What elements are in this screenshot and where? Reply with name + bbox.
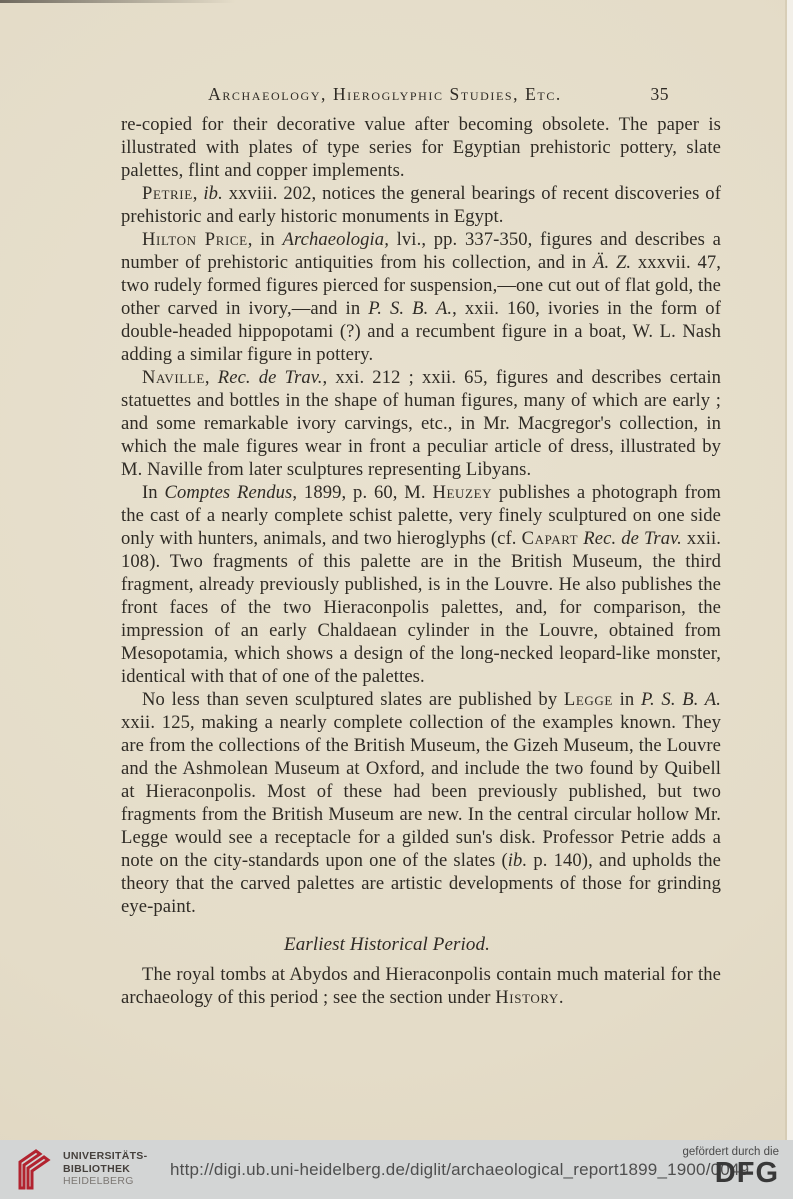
scan-edge-artifact-top — [0, 0, 235, 3]
scanned-page: Archaeology, Hieroglyphic Studies, Etc. … — [0, 0, 793, 1140]
paragraph: Hilton Price, in Archaeologia, lvi., pp.… — [121, 228, 721, 366]
library-name-line3: HEIDELBERG — [63, 1175, 147, 1188]
library-name: UNIVERSITÄTS- BIBLIOTHEK HEIDELBERG — [63, 1150, 147, 1188]
section-heading: Earliest Historical Period. — [121, 933, 653, 956]
dfg-logo-text: DFG — [682, 1159, 779, 1188]
page-title: Archaeology, Hieroglyphic Studies, Etc. — [121, 84, 721, 105]
paragraph: The royal tombs at Abydos and Hieraconpo… — [121, 963, 721, 1009]
paragraph-group-main: re-copied for their decorative value aft… — [121, 113, 721, 918]
library-name-line1: UNIVERSITÄTS- — [63, 1150, 147, 1163]
paragraph: No less than seven sculptured slates are… — [121, 688, 721, 918]
library-name-line2: BIBLIOTHEK — [63, 1163, 147, 1176]
scan-edge-white-right — [787, 0, 793, 1140]
paragraph-group-section: The royal tombs at Abydos and Hieraconpo… — [121, 963, 721, 1009]
funding-block: gefördert durch die DFG — [682, 1146, 779, 1188]
library-branding: UNIVERSITÄTS- BIBLIOTHEK HEIDELBERG — [12, 1146, 147, 1192]
paragraph: Naville, Rec. de Trav., xxi. 212 ; xxii.… — [121, 366, 721, 481]
paragraph: re-copied for their decorative value aft… — [121, 113, 721, 182]
paragraph: In Comptes Rendus, 1899, p. 60, M. Heuze… — [121, 481, 721, 688]
page-header: Archaeology, Hieroglyphic Studies, Etc. … — [121, 84, 721, 105]
page-number: 35 — [651, 84, 670, 105]
scan-source-url: http://digi.ub.uni-heidelberg.de/diglit/… — [170, 1160, 749, 1180]
paragraph: Petrie, ib. xxviii. 202, notices the gen… — [121, 182, 721, 228]
viewer-footer-bar: UNIVERSITÄTS- BIBLIOTHEK HEIDELBERG http… — [0, 1140, 793, 1199]
library-logo-icon — [12, 1146, 56, 1192]
page-text: re-copied for their decorative value aft… — [121, 113, 721, 1009]
